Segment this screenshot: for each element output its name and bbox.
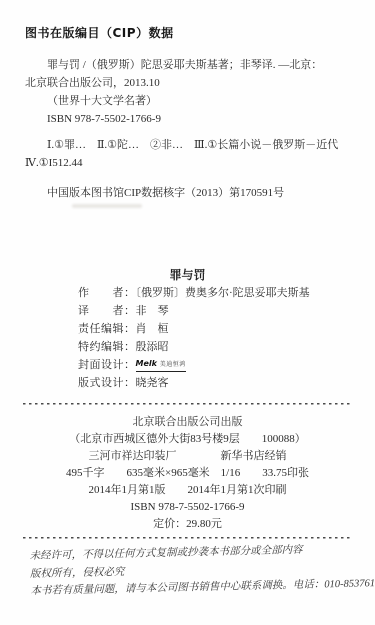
cover-design-logo-latin: Melk <box>136 359 157 368</box>
credit-row-layout-design: 版式设计：晓尧客 <box>78 374 375 392</box>
cip-registry-line: 中国版本图书馆CIP数据核字（2013）第170591号 <box>25 184 353 202</box>
cip-series-line: （世界十大文学名著） <box>25 92 353 110</box>
printer-distributor-line: 三河市祥达印装厂 新华书店经销 <box>0 448 375 465</box>
cip-entry-line: 北京联合出版公司，2013.10 <box>25 74 353 92</box>
credit-label: 封面设计： <box>78 359 136 371</box>
credit-label: 作 者： <box>78 287 136 299</box>
publisher-address-line: （北京市西城区德外大街83号楼9层 100088） <box>0 431 375 448</box>
credit-label: 版式设计： <box>78 377 136 389</box>
credit-label: 责任编辑： <box>78 323 136 335</box>
book-title: 罪与罚 <box>0 266 375 284</box>
edition-line: 2014年1月第1版 2014年1月第1次印刷 <box>0 482 375 499</box>
cip-isbn-line: ISBN 978-7-5502-1766-9 <box>25 110 353 128</box>
cip-classification: Ⅰ.①罪… Ⅱ.①陀… ②非… Ⅲ.①长篇小说－俄罗斯－近代 Ⅳ.①I512.4… <box>25 136 353 172</box>
credit-value: 晓尧客 <box>136 377 169 389</box>
cip-entry-line: 罪与罚 /（俄罗斯）陀思妥耶夫斯基著；非琴译. —北京： <box>25 56 353 74</box>
cover-design-logo-cn: 美迪恒鸿 <box>160 362 186 368</box>
credit-value: 非 琴 <box>136 305 169 317</box>
cip-classification-line: Ⅰ.①罪… Ⅱ.①陀… ②非… Ⅲ.①长篇小说－俄罗斯－近代 <box>25 136 353 154</box>
credit-row-managing-editor: 责任编辑：肖 桓 <box>78 320 375 338</box>
credit-label: 特约编辑： <box>78 341 136 353</box>
cip-entry: 罪与罚 /（俄罗斯）陀思妥耶夫斯基著；非琴译. —北京： 北京联合出版公司，20… <box>25 56 353 128</box>
isbn-line: ISBN 978-7-5502-1766-9 <box>0 499 375 516</box>
credit-value: 肖 桓 <box>136 323 169 335</box>
price-line: 定价：29.80元 <box>0 516 375 533</box>
format-line: 495千字 635毫米×965毫米 1/16 33.75印张 <box>0 465 375 482</box>
credit-label: 译 者： <box>78 305 136 317</box>
dotted-divider-bottom <box>23 537 352 539</box>
publisher-line: 北京联合出版公司出版 <box>0 414 375 431</box>
legal-notice-section: 未经许可，不得以任何方式复制或抄袭本书部分或全部内容 版权所有，侵权必究 本书若… <box>29 541 355 601</box>
imprint-section: 北京联合出版公司出版 （北京市西城区德外大街83号楼9层 100088） 三河市… <box>0 414 375 533</box>
scan-artifact <box>72 204 142 208</box>
copyright-page: 图书在版编目（CIP）数据 罪与罚 /（俄罗斯）陀思妥耶夫斯基著；非琴译. —北… <box>0 0 375 625</box>
credit-row-contributing-editor: 特约编辑：殷添昭 <box>78 338 375 356</box>
credit-value: 〔俄罗斯〕费奥多尔·陀思妥耶夫斯基 <box>136 287 310 299</box>
credit-value: 殷添昭 <box>136 341 169 353</box>
credit-row-cover-design: 封面设计：Melk 美迪恒鸿 <box>78 356 375 374</box>
credits-section: 罪与罚 作 者：〔俄罗斯〕费奥多尔·陀思妥耶夫斯基 译 者：非 琴 责任编辑：肖… <box>0 266 375 392</box>
cip-heading: 图书在版编目（CIP）数据 <box>25 26 375 40</box>
cover-design-logo: Melk 美迪恒鸿 <box>136 359 186 372</box>
cip-classification-line: Ⅳ.①I512.44 <box>25 154 353 172</box>
credit-row-author: 作 者：〔俄罗斯〕费奥多尔·陀思妥耶夫斯基 <box>78 284 375 302</box>
credit-row-translator: 译 者：非 琴 <box>78 302 375 320</box>
dotted-divider-top <box>23 403 352 405</box>
